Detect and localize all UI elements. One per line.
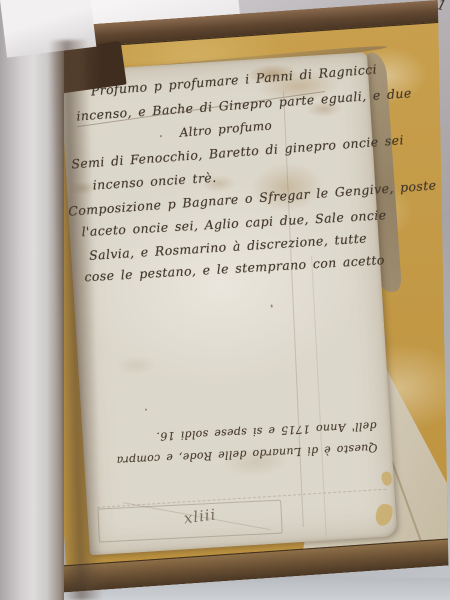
- ink-speck: [145, 409, 147, 411]
- ink-speck: [160, 135, 162, 137]
- photo-of-manuscript-book: Profumo p profumare i Panni di Ragnicci …: [0, 0, 450, 600]
- handwritten-line: Semi di Fenocchio, Baretto di ginepro on…: [71, 132, 404, 171]
- ink-speck: [271, 304, 273, 307]
- handwritten-line: incenso oncie trè.: [92, 170, 217, 193]
- torn-tatter: [380, 471, 393, 487]
- manuscript-page: Profumo p profumare i Panni di Ragnicci …: [60, 52, 398, 555]
- handwritten-line: Altro profumo: [179, 118, 273, 139]
- corner-pen-stroke: 1: [435, 0, 448, 15]
- page-crease: [283, 91, 304, 527]
- inverted-inscription-line: Questo è di Lunardo delle Rode, e compra: [92, 441, 378, 468]
- inverted-inscription: Questo è di Lunardo delle Rode, e compra…: [90, 410, 378, 468]
- inverted-inscription-line: dell' Anno 1715 e si spese soldi 16.: [91, 419, 377, 446]
- torn-tatter: [374, 503, 394, 528]
